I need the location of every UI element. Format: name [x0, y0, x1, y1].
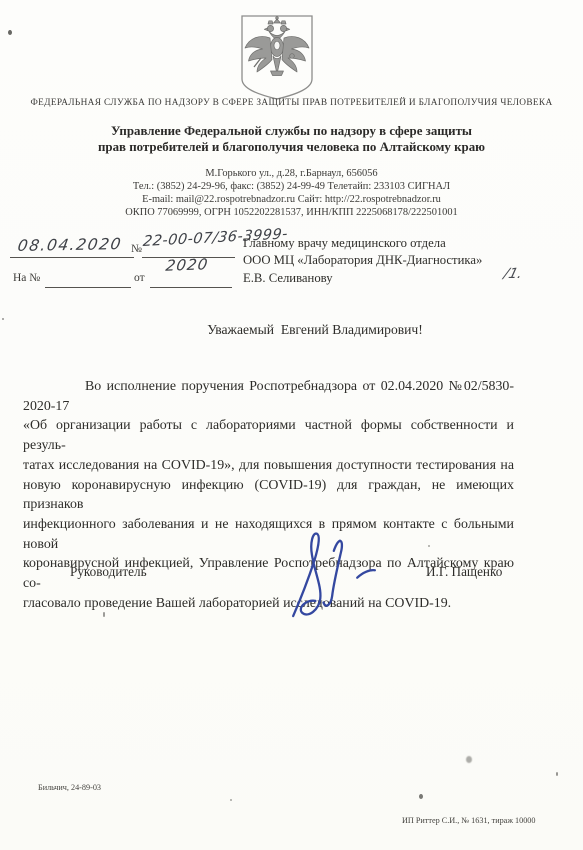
phone-fax-line: Тел.: (3852) 24-29-96, факс: (3852) 24-9…: [30, 180, 553, 193]
body-text-line: инфекционного заболевания и не находящих…: [23, 515, 514, 554]
handwritten-date: 08.04.2020: [16, 235, 123, 255]
reply-from-label: от: [134, 272, 145, 284]
scan-speck: [556, 772, 558, 776]
recipient-block: Главному врачу медицинского отдела ООО М…: [243, 235, 482, 287]
reply-number-label: На №: [13, 272, 40, 284]
print-shop-imprint: ИП Риттер С.И., № 1631, тираж 10000: [402, 816, 536, 825]
signer-position: Руководитель: [70, 564, 147, 580]
contact-block: М.Горького ул., д.28, г.Барнаул, 656056 …: [30, 167, 553, 219]
number-label: №: [131, 243, 142, 255]
email-site-line: E-mail: mail@22.rospotrebnadzor.ru Сайт:…: [30, 193, 553, 206]
scan-speck: [103, 612, 105, 617]
signature-scribble-icon: [277, 526, 387, 623]
scan-speck: [230, 799, 232, 801]
date-underline: [10, 257, 134, 258]
agency-name: ФЕДЕРАЛЬНАЯ СЛУЖБА ПО НАДЗОРУ В СФЕРЕ ЗА…: [8, 98, 575, 108]
body-text-line: Во исполнение поручения Роспотребнадзора…: [23, 377, 514, 416]
scan-speck: [8, 30, 12, 35]
office-name: Управление Федеральной службы по надзору…: [30, 124, 553, 155]
scan-speck: [2, 318, 4, 320]
reply-from-underline: [150, 287, 232, 288]
recipient-title: Главному врачу медицинского отдела: [243, 235, 482, 252]
body-text-line: новую коронавирусную инфекцию (COVID-19)…: [23, 476, 514, 515]
scan-speck: [428, 545, 430, 547]
scan-speck: [419, 794, 423, 799]
office-name-line1: Управление Федеральной службы по надзору…: [30, 124, 553, 140]
office-name-line2: прав потребителей и благополучия человек…: [30, 140, 553, 156]
handwritten-number-line2: 2020: [165, 255, 210, 274]
coat-of-arms-icon: [238, 13, 316, 101]
body-text-line: гласовало проведение Вашей лабораторией …: [23, 594, 514, 614]
scan-speck: [466, 756, 472, 763]
executor-contact: Бильчич, 24-89-03: [38, 783, 101, 792]
scanned-letter-page: ФЕДЕРАЛЬНАЯ СЛУЖБА ПО НАДЗОРУ В СФЕРЕ ЗА…: [0, 0, 583, 850]
signer-name: И.Г. Пащенко: [426, 564, 502, 580]
reply-number-underline: [45, 287, 131, 288]
body-text-line: «Об организации работы с лабораториями ч…: [23, 416, 514, 455]
postal-address: М.Горького ул., д.28, г.Барнаул, 656056: [30, 167, 553, 180]
handwritten-annotation: /1.: [502, 266, 524, 282]
recipient-name: Е.В. Селиванову: [243, 270, 482, 287]
registry-codes-line: ОКПО 77069999, ОГРН 1052202281537, ИНН/К…: [30, 206, 553, 219]
body-text-line: татах исследования на COVID-19», для пов…: [23, 456, 514, 476]
salutation: Уважаемый Евгений Владимирович!: [90, 322, 540, 338]
recipient-organization: ООО МЦ «Лаборатория ДНК-Диагностика»: [243, 252, 482, 269]
